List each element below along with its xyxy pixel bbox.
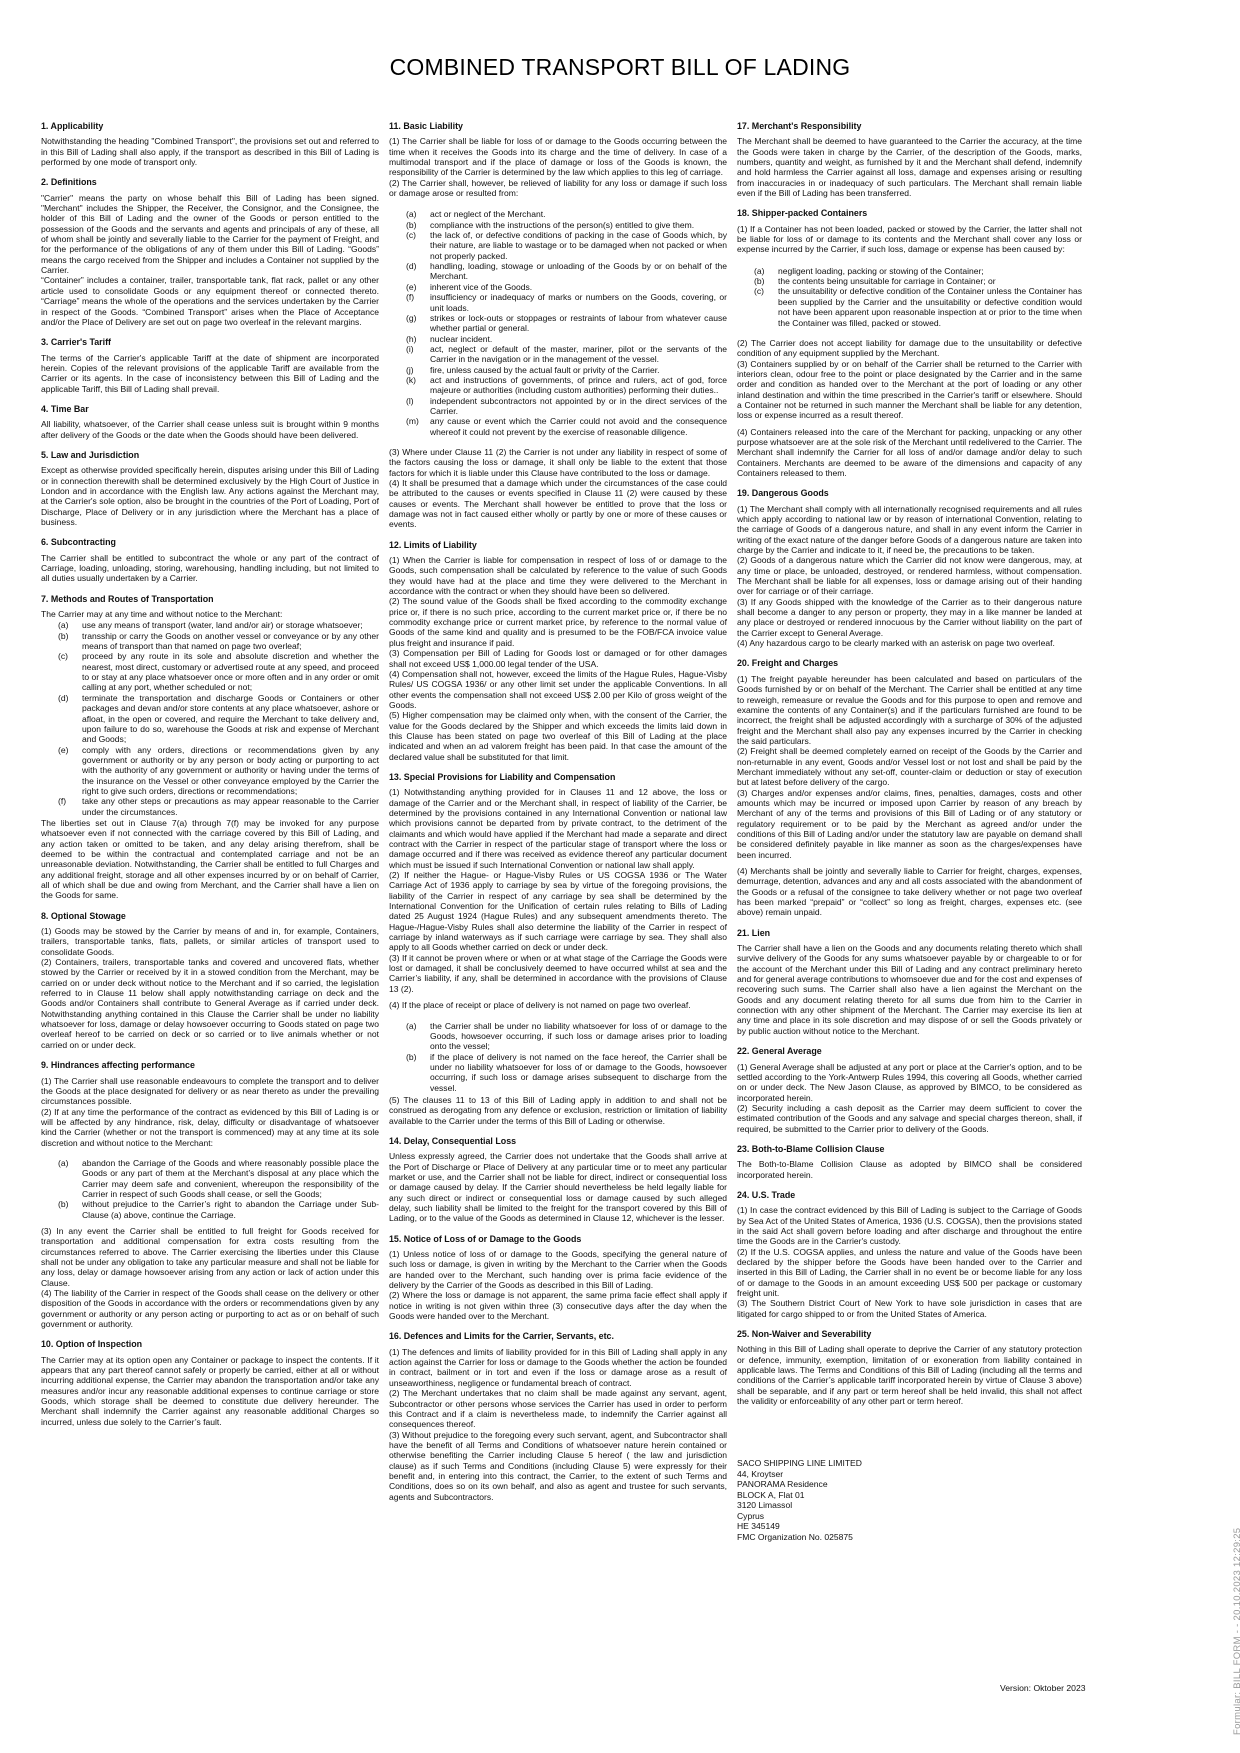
clause-text: (2) The Carrier shall, however, be relie… [389,178,727,199]
list-label: (b) [754,276,778,286]
list-label: (i) [406,344,430,365]
clause-10: 10. Option of Inspection The Carrier may… [41,1339,379,1427]
list-text: nuclear incident. [430,334,727,344]
list-label: (d) [58,693,82,745]
list-label: (l) [406,396,430,417]
clause-text: (2) Freight shall be deemed completely e… [737,746,1082,787]
list-label: (a) [754,266,778,276]
clause-text: (1) The defences and limits of liability… [389,1347,727,1388]
clause-heading: 15. Notice of Loss of or Damage to the G… [389,1234,727,1244]
registration-number: HE 345149 [737,1521,1082,1532]
clause-text: (4) The liability of the Carrier in resp… [41,1288,379,1329]
clause-text: (3) If it cannot be proven where or when… [389,953,727,994]
clause-text: (2) Goods of a dangerous nature which th… [737,555,1082,596]
clause-text: (1) When the Carrier is liable for compe… [389,555,727,596]
clause-text: (3) Compensation per Bill of Lading for … [389,648,727,669]
list-label: (a) [406,1021,430,1052]
list-item: (d)handling, loading, stowage or unloadi… [406,261,727,282]
list-text: handling, loading, stowage or unloading … [430,261,727,282]
clause-heading: 18. Shipper-packed Containers [737,208,1082,218]
clause-list: (a)the Carrier shall be under no liabili… [406,1021,727,1093]
clause-text: (3) If any Goods shipped with the knowle… [737,597,1082,638]
list-item: (c)the unsuitability or defective condit… [754,286,1082,327]
list-text: terminate the transportation and dischar… [82,693,379,745]
list-item: (b)compliance with the instructions of t… [406,220,727,230]
clause-heading: 14. Delay, Consequential Loss [389,1136,727,1146]
list-item: (e)inherent vice of the Goods. [406,282,727,292]
list-text: if the place of delivery is not named on… [430,1052,727,1093]
clause-text: (4) Compensation shall not, however, exc… [389,669,727,710]
clause-text: (2) If at any time the performance of th… [41,1107,379,1148]
list-item: (j)fire, unless caused by the actual fau… [406,365,727,375]
clause-heading: 9. Hindrances affecting performance [41,1060,379,1070]
fmc-number: FMC Organization No. 025875 [737,1532,1082,1543]
clause-text: (1) Goods may be stowed by the Carrier b… [41,926,379,957]
address-line: PANORAMA Residence [737,1479,1082,1490]
list-text: act or neglect of the Merchant. [430,209,727,219]
clause-heading: 23. Both-to-Blame Collision Clause [737,1144,1082,1154]
clause-list: (a)act or neglect of the Merchant. (b)co… [406,209,727,437]
clause-21: 21. Lien The Carrier shall have a lien o… [737,928,1082,1036]
address-line: 3120 Limassol [737,1500,1082,1511]
clause-text: (1) General Average shall be adjusted at… [737,1062,1082,1103]
clause-text: Notwithstanding the heading "Combined Tr… [41,136,379,167]
list-item: (f)take any other steps or precautions a… [58,796,379,817]
clause-5: 5. Law and Jurisdiction Except as otherw… [41,450,379,527]
clause-text: “Container” includes a container, traile… [41,275,379,327]
clause-text: (1) The Merchant shall comply with all i… [737,504,1082,556]
clause-text: (2) Security including a cash deposit as… [737,1103,1082,1134]
list-item: (e)comply with any orders, directions or… [58,745,379,797]
clause-heading: 11. Basic Liability [389,121,727,131]
clause-heading: 4. Time Bar [41,404,379,414]
clause-text: (4) Containers released into the care of… [737,427,1082,479]
list-text: act, neglect or default of the master, m… [430,344,727,365]
list-text: the Carrier shall be under no liability … [430,1021,727,1052]
list-text: fire, unless caused by the actual fault … [430,365,727,375]
clause-text: (4) Any hazardous cargo to be clearly ma… [737,638,1082,648]
clause-text: (4) It shall be presumed that a damage w… [389,478,727,530]
clause-heading: 24. U.S. Trade [737,1190,1082,1200]
clause-heading: 7. Methods and Routes of Transportation [41,594,379,604]
list-item: (b)if the place of delivery is not named… [406,1052,727,1093]
clause-text: The liberties set out in Clause 7(a) thr… [41,818,379,901]
list-item: (a)use any means of transport (water, la… [58,620,379,630]
list-label: (c) [406,230,430,261]
list-item: (g)strikes or lock-outs or stoppages or … [406,313,727,334]
clause-15: 15. Notice of Loss of or Damage to the G… [389,1234,727,1322]
document-title: COMBINED TRANSPORT BILL OF LADING [0,54,1240,81]
list-label: (a) [58,620,82,630]
clause-text: (2) Containers, trailers, transportable … [41,957,379,1050]
list-text: insufficiency or inadequacy of marks or … [430,292,727,313]
list-label: (b) [58,1199,82,1220]
clause-text: The Carrier may at its option open any C… [41,1355,379,1427]
clause-4: 4. Time Bar All liability, whatsoever, o… [41,404,379,440]
clause-list: (a)abandon the Carriage of the Goods and… [58,1158,379,1220]
clause-12: 12. Limits of Liability (1) When the Car… [389,540,727,762]
clause-24: 24. U.S. Trade (1) In case the contract … [737,1190,1082,1319]
clause-heading: 5. Law and Jurisdiction [41,450,379,460]
clause-19: 19. Dangerous Goods (1) The Merchant sha… [737,488,1082,648]
clause-11: 11. Basic Liability (1) The Carrier shal… [389,121,727,530]
clause-16: 16. Defences and Limits for the Carrier,… [389,1331,727,1502]
list-text: use any means of transport (water, land … [82,620,379,630]
column-3: 17. Merchant's Responsibility The Mercha… [737,121,1082,1542]
clause-3: 3. Carrier's Tariff The terms of the Car… [41,337,379,394]
company-address: SACO SHIPPING LINE LIMITED 44, Kroytser … [737,1458,1082,1542]
clause-text: The terms of the Carrier's applicable Ta… [41,353,379,394]
clause-list: (a)use any means of transport (water, la… [58,620,379,817]
clause-text: (2) If neither the Hague- or Hague-Visby… [389,870,727,953]
clause-8: 8. Optional Stowage (1) Goods may be sto… [41,911,379,1050]
clause-23: 23. Both-to-Blame Collision Clause The B… [737,1144,1082,1180]
list-label: (a) [406,209,430,219]
clause-text: (5) The clauses 11 to 13 of this Bill of… [389,1095,727,1126]
clause-text: (4) If the place of receipt or place of … [389,1000,727,1010]
clause-text: All liability, whatsoever, of the Carrie… [41,419,379,440]
clause-text: (3) Containers supplied by or on behalf … [737,359,1082,421]
clause-heading: 16. Defences and Limits for the Carrier,… [389,1331,727,1341]
clause-text: (3) Charges and/or expenses and/or claim… [737,788,1082,860]
list-item: (h)nuclear incident. [406,334,727,344]
address-line: 44, Kroytser [737,1469,1082,1480]
list-label: (a) [58,1158,82,1199]
clause-text: (3) In any event the Carrier shall be en… [41,1226,379,1288]
list-text: proceed by any route in its sole and abs… [82,651,379,692]
clause-25: 25. Non-Waiver and Severability Nothing … [737,1329,1082,1406]
list-label: (e) [406,282,430,292]
list-text: the unsuitability or defective condition… [778,286,1082,327]
clause-text: Unless expressly agreed, the Carrier doe… [389,1151,727,1223]
clause-heading: 6. Subcontracting [41,537,379,547]
list-text: take any other steps or precautions as m… [82,796,379,817]
list-item: (c)proceed by any route in its sole and … [58,651,379,692]
clause-text: (3) The Southern District Court of New Y… [737,1298,1082,1319]
clause-heading: 25. Non-Waiver and Severability [737,1329,1082,1339]
clause-22: 22. General Average (1) General Average … [737,1046,1082,1134]
list-label: (m) [406,416,430,437]
address-line: BLOCK A, Flat 01 [737,1490,1082,1501]
clause-heading: 13. Special Provisions for Liability and… [389,772,727,782]
column-1: 1. Applicability Notwithstanding the hea… [41,121,379,1437]
clause-heading: 21. Lien [737,928,1082,938]
list-item: (c)the lack of, or defective conditions … [406,230,727,261]
clause-9: 9. Hindrances affecting performance (1) … [41,1060,379,1329]
list-text: inherent vice of the Goods. [430,282,727,292]
list-item: (m)any cause or event which the Carrier … [406,416,727,437]
clause-text: "Carrier" means the party on whose behal… [41,193,379,276]
list-text: without prejudice to the Carrier’s right… [82,1199,379,1220]
list-label: (b) [406,1052,430,1093]
clause-text: (2) The Carrier does not accept liabilit… [737,338,1082,359]
clause-18: 18. Shipper-packed Containers (1) If a C… [737,208,1082,478]
list-item: (l)independent subcontractors not appoin… [406,396,727,417]
clause-heading: 12. Limits of Liability [389,540,727,550]
address-line: Cyprus [737,1511,1082,1522]
list-label: (d) [406,261,430,282]
clause-text: The Merchant shall be deemed to have gua… [737,136,1082,198]
list-item: (d)terminate the transportation and disc… [58,693,379,745]
clause-text: (1) Unless notice of loss of or damage t… [389,1249,727,1290]
clause-text: The Carrier shall be entitled to subcont… [41,553,379,584]
clause-text: (5) Higher compensation may be claimed o… [389,710,727,762]
list-text: the lack of, or defective conditions of … [430,230,727,261]
clause-list: (a)negligent loading, packing or stowing… [754,266,1082,328]
list-label: (h) [406,334,430,344]
form-stamp: Formular: BILL FORM - - 20.10.2023 12:29… [1232,1528,1240,1735]
clause-6: 6. Subcontracting The Carrier shall be e… [41,537,379,583]
clause-text: (1) Notwithstanding anything provided fo… [389,787,727,870]
list-text: compliance with the instructions of the … [430,220,727,230]
clause-text: (2) Where the loss or damage is not appa… [389,1290,727,1321]
list-label: (f) [406,292,430,313]
clause-text: The Carrier shall have a lien on the Goo… [737,943,1082,1036]
clause-20: 20. Freight and Charges (1) The freight … [737,658,1082,917]
list-label: (e) [58,745,82,797]
clause-17: 17. Merchant's Responsibility The Mercha… [737,121,1082,198]
clause-13: 13. Special Provisions for Liability and… [389,772,727,1126]
clause-heading: 3. Carrier's Tariff [41,337,379,347]
list-label: (c) [58,651,82,692]
list-text: the contents being unsuitable for carria… [778,276,1082,286]
clause-2: 2. Definitions "Carrier" means the party… [41,177,379,327]
list-item: (k)act and instructions of governments, … [406,375,727,396]
clause-text: (2) If the U.S. COGSA applies, and unles… [737,1247,1082,1299]
version-label: Version: Oktober 2023 [1000,1683,1086,1693]
list-label: (j) [406,365,430,375]
clause-14: 14. Delay, Consequential Loss Unless exp… [389,1136,727,1224]
list-item: (b)transship or carry the Goods on anoth… [58,631,379,652]
list-text: any cause or event which the Carrier cou… [430,416,727,437]
list-text: transship or carry the Goods on another … [82,631,379,652]
clause-text: Nothing in this Bill of Lading shall ope… [737,1344,1082,1406]
list-item: (b)the contents being unsuitable for car… [754,276,1082,286]
clause-7: 7. Methods and Routes of Transportation … [41,594,379,901]
clause-heading: 1. Applicability [41,121,379,131]
list-item: (a)abandon the Carriage of the Goods and… [58,1158,379,1199]
clause-heading: 2. Definitions [41,177,379,187]
list-text: negligent loading, packing or stowing of… [778,266,1082,276]
clause-heading: 10. Option of Inspection [41,1339,379,1349]
list-item: (a)negligent loading, packing or stowing… [754,266,1082,276]
list-item: (i)act, neglect or default of the master… [406,344,727,365]
list-label: (b) [58,631,82,652]
clause-text: (1) If a Container has not been loaded, … [737,224,1082,255]
list-text: independent subcontractors not appointed… [430,396,727,417]
list-text: act and instructions of governments, of … [430,375,727,396]
clause-text: (1) The Carrier shall be liable for loss… [389,136,727,177]
clause-text: (1) In case the contract evidenced by th… [737,1205,1082,1246]
column-2: 11. Basic Liability (1) The Carrier shal… [389,121,727,1512]
list-text: comply with any orders, directions or re… [82,745,379,797]
list-text: abandon the Carriage of the Goods and wh… [82,1158,379,1199]
clause-text: The Carrier may at any time and without … [41,609,379,619]
list-text: strikes or lock-outs or stoppages or res… [430,313,727,334]
company-name: SACO SHIPPING LINE LIMITED [737,1458,1082,1469]
clause-text: (3) Where under Clause 11 (2) the Carrie… [389,447,727,478]
clause-heading: 17. Merchant's Responsibility [737,121,1082,131]
list-item: (b)without prejudice to the Carrier’s ri… [58,1199,379,1220]
clause-heading: 8. Optional Stowage [41,911,379,921]
list-label: (f) [58,796,82,817]
clause-text: (1) The Carrier shall use reasonable end… [41,1076,379,1107]
clause-text: (2) The Merchant undertakes that no clai… [389,1388,727,1429]
clause-text: (4) Merchants shall be jointly and sever… [737,866,1082,918]
list-item: (a)the Carrier shall be under no liabili… [406,1021,727,1052]
clause-heading: 19. Dangerous Goods [737,488,1082,498]
clause-text: (2) The sound value of the Goods shall b… [389,596,727,648]
clause-text: (3) Without prejudice to the foregoing e… [389,1430,727,1502]
list-label: (g) [406,313,430,334]
clause-heading: 20. Freight and Charges [737,658,1082,668]
list-item: (f)insufficiency or inadequacy of marks … [406,292,727,313]
clause-heading: 22. General Average [737,1046,1082,1056]
clause-text: The Both-to-Blame Collision Clause as ad… [737,1159,1082,1180]
clause-1: 1. Applicability Notwithstanding the hea… [41,121,379,167]
clause-text: (1) The freight payable hereunder has be… [737,674,1082,746]
list-label: (c) [754,286,778,327]
clause-text: Except as otherwise provided specificall… [41,465,379,527]
list-label: (b) [406,220,430,230]
list-item: (a)act or neglect of the Merchant. [406,209,727,219]
list-label: (k) [406,375,430,396]
